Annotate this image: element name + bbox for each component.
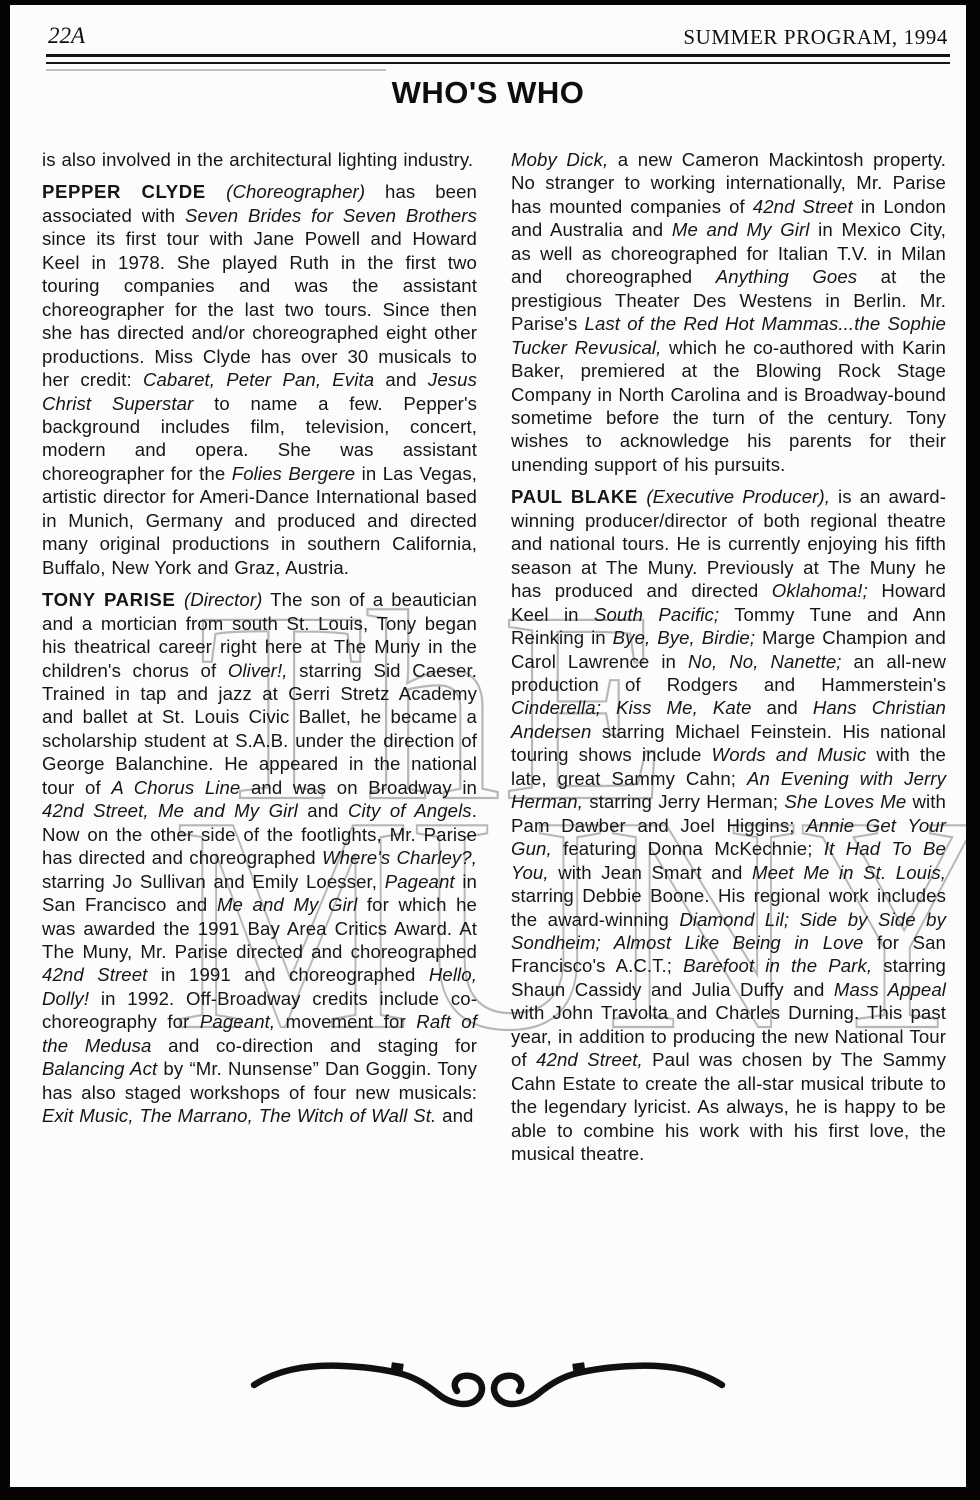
italic-text: She Loves Me <box>784 791 906 812</box>
body-text: since its first tour with Jane Powell an… <box>42 228 477 390</box>
header-rule-top <box>46 54 950 57</box>
italic-text: (Director) <box>184 589 262 610</box>
italic-text: Oliver!, <box>228 660 288 681</box>
italic-text: A Chorus Line <box>111 777 240 798</box>
right-column: Moby Dick, a new Cameron Mackintosh prop… <box>511 148 946 1174</box>
body-text: starring Jo Sullivan and Emily Loesser, <box>42 871 385 892</box>
header-program-title: SUMMER PROGRAM, 1994 <box>683 25 948 50</box>
paragraph: is also involved in the architectural li… <box>42 148 477 171</box>
italic-text: 42nd Street, <box>536 1049 643 1070</box>
italic-text: Exit Music, The Marrano, The Witch of Wa… <box>42 1105 436 1126</box>
body-text: in 1991 and choreographed <box>147 964 428 985</box>
body-text: and was on Broadway in <box>240 777 477 798</box>
italic-text: (Choreographer) <box>226 181 365 202</box>
italic-text: Where's Charley?, <box>322 847 477 868</box>
page-paper: ThE MUNY 22A SUMMER PROGRAM, 1994 WHO'S … <box>10 5 966 1487</box>
italic-text: Me and My Girl <box>672 219 810 240</box>
italic-text: Anything Goes <box>716 266 857 287</box>
flourish-ornament <box>248 1351 728 1415</box>
italic-text: Folies Bergere <box>232 463 356 484</box>
header-rule-smudge <box>46 69 386 71</box>
italic-text: Oklahoma!; <box>772 580 868 601</box>
italic-text: 42nd Street <box>753 196 853 217</box>
flourish-right-half <box>494 1366 722 1404</box>
italic-text: Mass Appeal <box>834 979 946 1000</box>
italic-text: 42nd Street <box>42 964 147 985</box>
paragraph: Moby Dick, a new Cameron Mackintosh prop… <box>511 148 946 476</box>
paragraph: TONY PARISE (Director) The son of a beau… <box>42 588 477 1127</box>
page-title: WHO'S WHO <box>10 75 966 111</box>
header-rule-bottom <box>46 62 950 64</box>
italic-text: Balancing Act <box>42 1058 157 1079</box>
italic-text: (Executive Producer), <box>646 486 830 507</box>
italic-text: Barefoot in the Park, <box>683 955 872 976</box>
scanned-program-page: { "page": { "page_number": "22A", "heade… <box>0 0 980 1500</box>
body-text: and <box>752 697 813 718</box>
paragraph: PAUL BLAKE (Executive Producer), is an a… <box>511 485 946 1165</box>
italic-text: Pageant, <box>200 1011 275 1032</box>
italic-text: South Pacific; <box>594 604 719 625</box>
italic-text: Pageant <box>385 871 455 892</box>
body-text: and <box>374 369 428 390</box>
italic-text: Bye, Bye, Birdie; <box>613 627 755 648</box>
article-columns: is also involved in the architectural li… <box>42 148 946 1174</box>
body-text: and <box>298 800 348 821</box>
body-text: starring Jerry Herman; <box>583 791 784 812</box>
name-lead-in: PEPPER CLYDE <box>42 181 226 202</box>
italic-text: Words and Music <box>712 744 867 765</box>
italic-text: City of Angels <box>348 800 472 821</box>
paragraph: PEPPER CLYDE (Choreographer) has been as… <box>42 180 477 579</box>
page-number: 22A <box>48 23 85 49</box>
flourish-knots <box>390 1362 586 1376</box>
body-text: featuring Donna McKechnie; <box>552 838 824 859</box>
body-text: and co-direction and staging for <box>151 1035 477 1056</box>
italic-text: Meet Me in St. Louis, <box>752 862 946 883</box>
body-text: with Jean Smart and <box>549 862 752 883</box>
body-text: movement for <box>275 1011 416 1032</box>
body-text: is also involved in the architectural li… <box>42 149 473 170</box>
flourish-left-half <box>254 1366 482 1404</box>
body-text: and <box>436 1105 473 1126</box>
italic-text: Cinderella; Kiss Me, Kate <box>511 697 752 718</box>
italic-text: 42nd Street, Me and My Girl <box>42 800 298 821</box>
name-lead-in: TONY PARISE <box>42 589 184 610</box>
italic-text: Me and My Girl <box>217 894 357 915</box>
left-column: is also involved in the architectural li… <box>42 148 477 1174</box>
italic-text: Seven Brides for Seven Brothers <box>185 205 477 226</box>
italic-text: No, No, Nanette; <box>688 651 842 672</box>
italic-text: Moby Dick, <box>511 149 608 170</box>
italic-text: Cabaret, Peter Pan, Evita <box>143 369 374 390</box>
name-lead-in: PAUL BLAKE <box>511 486 646 507</box>
